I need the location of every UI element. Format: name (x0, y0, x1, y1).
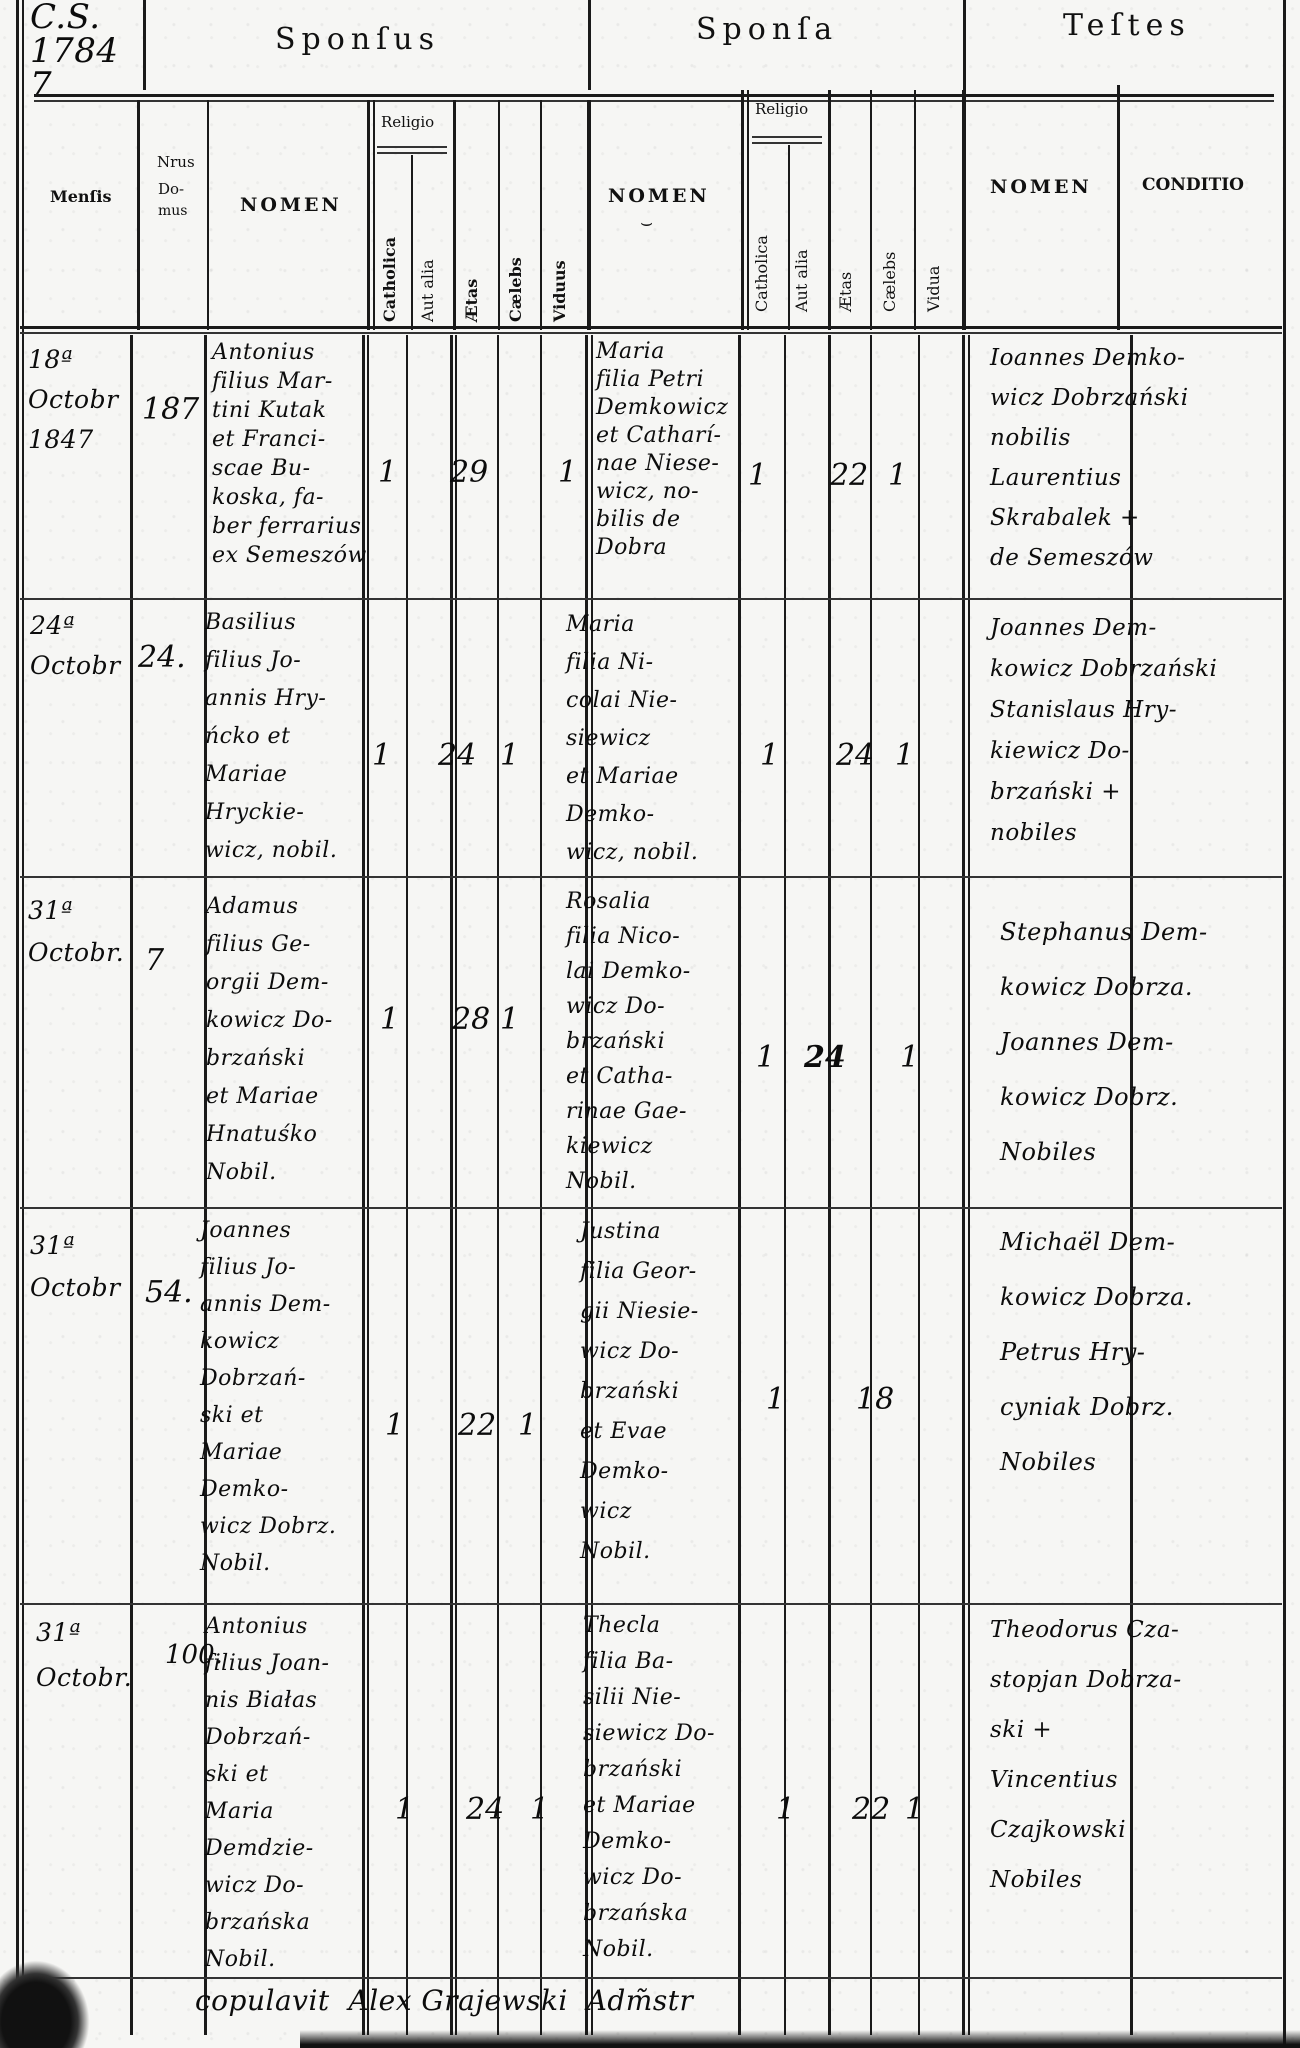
col-line-sponsa-aut-alia (784, 335, 786, 2035)
entry-sponsus-nomen: Basilius filius Jo- annis Hry- ńcko et M… (205, 604, 337, 870)
religio-rule (752, 136, 822, 138)
entry-sponsus-aetas: 24 (438, 738, 476, 773)
header-sponsa-nomen: NOMEN (608, 185, 710, 207)
col-line (1117, 85, 1120, 330)
entry-nrus-domus: 187 (142, 392, 199, 427)
entry-mensis: 24ª Octobr (30, 606, 121, 686)
header-nrus: Nrus (157, 153, 195, 171)
col-line (962, 90, 966, 330)
header-sponsus-religio: Religio (381, 113, 434, 131)
col-line (373, 100, 375, 330)
entry-sponsus-catholica: 1 (395, 1792, 414, 1827)
col-line (828, 90, 831, 330)
corner-divider (143, 0, 146, 90)
col-line-sponsus-nomen-2 (367, 335, 369, 2035)
entry-sponsus-aetas: 22 (458, 1408, 496, 1443)
entry-sponsus-caelebs: 1 (500, 1002, 519, 1037)
entry-sponsa-caelebs: 1 (905, 1792, 924, 1827)
entry-sponsus-nomen: Joannes filius Jo- annis Dem- kowicz Dob… (200, 1212, 336, 1582)
header-sponsus-aetas: Ætas (462, 279, 481, 322)
col-line (453, 100, 456, 330)
col-line (540, 100, 542, 330)
religio-rule (752, 142, 822, 144)
religio-rule (377, 152, 447, 154)
entry-testes-nomen: Joannes Dem- kowicz Dobrzański Stanislau… (990, 608, 1217, 854)
entry-testes-nomen: Michaël Dem- kowicz Dobrza. Petrus Hry- … (1000, 1215, 1193, 1490)
entry-nrus-domus: 24. (138, 640, 186, 675)
col-line-aut-alia (406, 335, 408, 2035)
col-line-aetas-2 (455, 335, 457, 2035)
entry-testes-nomen: Theodorus Cza- stopjan Dobrza- ski + Vin… (990, 1605, 1182, 1905)
col-line (498, 100, 500, 330)
entry-sponsus-catholica: 1 (378, 455, 397, 490)
entry-sponsus-nomen: Adamus filius Ge- orgii Dem- kowicz Do- … (206, 888, 333, 1192)
right-border (1283, 0, 1286, 2048)
section-title-rule (34, 94, 1274, 97)
sponsus-sponsa-divider (588, 0, 591, 90)
header-sponsa-aetas: Ætas (836, 272, 855, 312)
entry-sponsa-aetas: 24 (804, 1040, 846, 1075)
entry-sponsus-nomen: Antonius filius Joan- nis Białas Dobrzań… (205, 1608, 330, 1978)
section-sponsa: Sponſa (696, 12, 838, 47)
header-sponsus-caelebs: Cælebs (506, 257, 525, 322)
left-border (16, 0, 19, 2048)
col-line-viduus (540, 335, 542, 2035)
corner-stain (0, 1960, 90, 2048)
header-domus-1: Do- (158, 180, 184, 198)
corner-note: C.S. 1784 7 (30, 0, 140, 102)
header-sponsus-nomen: NOMEN (240, 194, 342, 216)
entry-sponsa-aetas: 18 (856, 1382, 894, 1417)
entry-sponsus-caelebs: 1 (558, 455, 577, 490)
entry-sponsus-caelebs: 1 (530, 1792, 549, 1827)
entry-sponsus-catholica: 1 (372, 738, 391, 773)
row-rule (20, 876, 1282, 878)
entry-sponsa-nomen: Justina filia Geor- gii Niesie- wicz Do-… (580, 1212, 699, 1572)
col-line-sponsa-vidua (918, 335, 920, 2035)
row-rule (20, 1207, 1282, 1209)
header-sponsus-aut-alia: Aut alia (418, 259, 437, 322)
col-line (587, 100, 591, 330)
left-border-inner (22, 0, 24, 2048)
header-domus-2: mus (158, 203, 187, 219)
entry-nrus-domus: 54. (145, 1275, 193, 1310)
header-sponsa-caelebs: Cælebs (880, 252, 899, 312)
entry-testes-nomen: Ioannes Demko- wicz Dobrzański nobilis L… (990, 338, 1189, 578)
row-rule (20, 598, 1282, 600)
entry-mensis: 31ª Octobr (30, 1225, 121, 1309)
col-line-caelebs (497, 335, 499, 2035)
religio-rule (377, 146, 447, 148)
header-sponsa-aut-alia: Aut alia (792, 249, 811, 312)
col-line (367, 100, 370, 330)
header-bottom-rule (20, 326, 1282, 329)
header-sponsa-religio: Religio (755, 100, 808, 118)
entry-sponsus-caelebs: 1 (500, 738, 519, 773)
header-testes-nomen: NOMEN (990, 176, 1092, 198)
entry-sponsus-catholica: 1 (385, 1408, 404, 1443)
header-mensis: Menſis (50, 187, 112, 206)
entry-testes-nomen: Stephanus Dem- kowicz Dobrza. Joannes De… (1000, 905, 1208, 1180)
entry-mensis: 18ª Octobr 1847 (28, 340, 119, 460)
entry-sponsa-catholica: 1 (756, 1040, 775, 1075)
col-line-testes-start (962, 335, 965, 2035)
col-line (741, 90, 744, 330)
bottom-shadow (300, 2030, 1300, 2048)
col-line-sponsus-nomen (362, 335, 365, 2035)
entry-sponsus-aetas: 28 (452, 1002, 490, 1037)
entry-sponsus-aetas: 24 (466, 1792, 504, 1827)
col-line (411, 155, 413, 330)
col-line (207, 100, 209, 330)
header-sponsa-catholica: Catholica (752, 235, 771, 312)
col-line-sponsa-aetas (828, 335, 831, 2035)
col-line (870, 90, 872, 330)
section-title-rule-2 (34, 100, 1274, 102)
footer-copulavit: copulavit Alex Grajewski Adm̃str (195, 1982, 693, 2019)
entry-mensis: 31ª Octobr. (36, 1610, 132, 1700)
entry-mensis: 31ª Octobr. (28, 890, 124, 974)
entry-nrus-domus: 7 (145, 943, 164, 978)
col-line-sponsa-nomen (738, 335, 741, 2035)
col-line-aetas (450, 335, 453, 2035)
entry-sponsus-nomen: Antonius filius Mar- tini Kutak et Franc… (212, 338, 367, 570)
col-line (137, 100, 140, 330)
entry-sponsa-catholica: 1 (766, 1382, 785, 1417)
entry-sponsa-catholica: 1 (748, 458, 767, 493)
entry-sponsa-caelebs: 1 (895, 738, 914, 773)
entry-sponsa-aetas: 24 (836, 738, 874, 773)
col-line-sponsa-caelebs (870, 335, 872, 2035)
entry-sponsa-caelebs: 1 (888, 458, 907, 493)
entry-sponsus-caelebs: 1 (518, 1408, 537, 1443)
col-line-testes-start-2 (968, 335, 970, 2035)
section-testes: Teſtes (1063, 8, 1191, 43)
header-sponsus-catholica: Catholica (380, 237, 399, 322)
register-page: C.S. 1784 7 Sponſus Sponſa Teſtes Menſis… (0, 0, 1300, 2048)
col-line-mensis (130, 335, 133, 2035)
sponsa-testes-divider (963, 0, 966, 90)
col-line (788, 145, 790, 330)
header-sponsa-nomen-swash: ⌣ (640, 210, 653, 234)
entry-sponsa-caelebs: 1 (900, 1040, 919, 1075)
col-line (914, 90, 916, 330)
header-sponsus-viduus: Viduus (550, 260, 569, 322)
col-line (747, 90, 749, 330)
header-bottom-rule-2 (20, 332, 1282, 334)
entry-sponsa-catholica: 1 (776, 1792, 795, 1827)
entry-sponsa-nomen: Thecla filia Ba- silii Nie- siewicz Do- … (583, 1608, 715, 1968)
entry-sponsa-nomen: Rosalia filia Nico- lai Demko- wicz Do- … (566, 884, 691, 1199)
entry-sponsus-aetas: 29 (450, 455, 488, 490)
entry-sponsa-nomen: Maria filia Ni- colai Nie- siewicz et Ma… (566, 606, 698, 872)
header-sponsa-vidua: Vidua (924, 266, 943, 312)
entry-sponsa-aetas: 22 (830, 458, 868, 493)
entry-sponsa-nomen: Maria filia Petri Demkowicz et Catharí- … (596, 338, 728, 562)
entry-sponsa-catholica: 1 (760, 738, 779, 773)
entry-sponsus-catholica: 1 (380, 1002, 399, 1037)
entry-sponsa-aetas: 22 (852, 1792, 890, 1827)
section-sponsus: Sponſus (275, 22, 440, 57)
header-testes-conditio: CONDITIO (1142, 175, 1244, 195)
